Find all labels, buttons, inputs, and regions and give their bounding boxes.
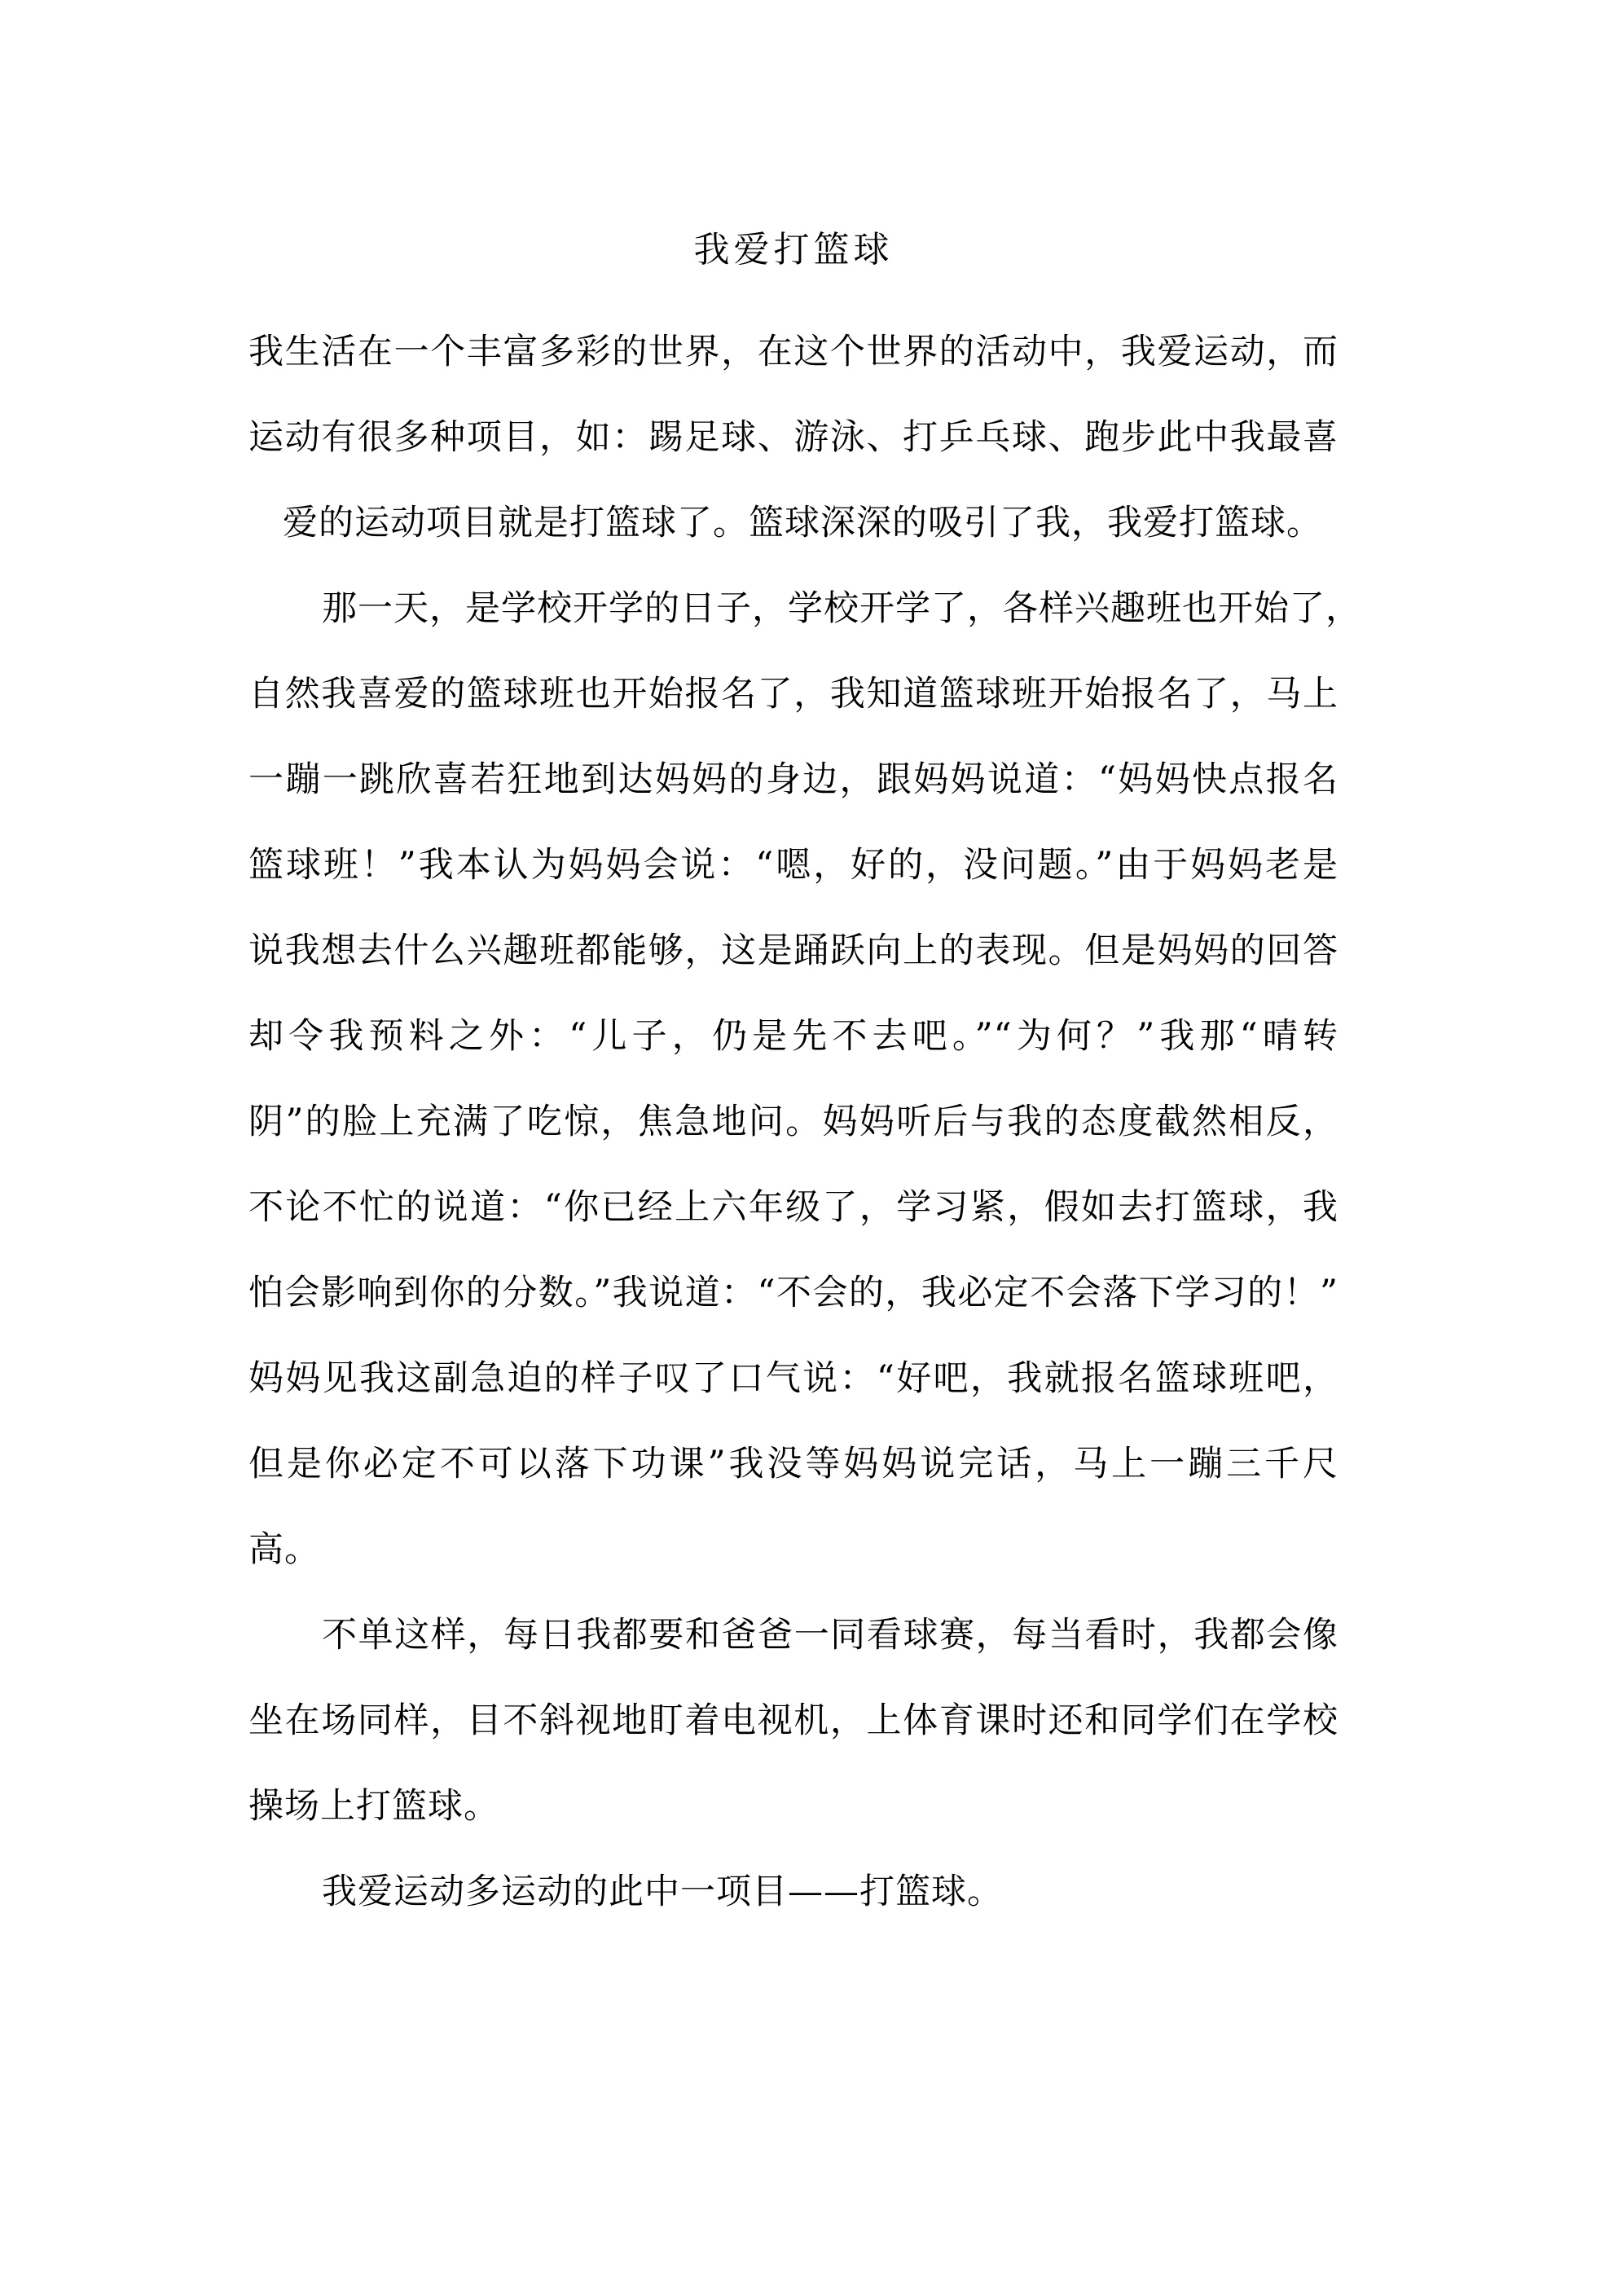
text-line: 高。 bbox=[248, 1507, 1338, 1593]
text-line: 坐在场同样，目不斜视地盯着电视机，上体育课时还和同学们在学校 bbox=[248, 1678, 1338, 1764]
text-line: 却令我预料之外：“儿子，仍是先不去吧。”“为何？”我那“晴转 bbox=[248, 994, 1338, 1080]
text-line: 但是你必定不可以落下功课”我没等妈妈说完话，马上一蹦三千尺 bbox=[248, 1422, 1338, 1507]
paragraph-2: 那一天，是学校开学的日子，学校开学了，各样兴趣班也开始了，自然我喜爱的篮球班也开… bbox=[248, 566, 1338, 1593]
text-line: 那一天，是学校开学的日子，学校开学了，各样兴趣班也开始了， bbox=[248, 566, 1338, 652]
text-line: 说我想去什么兴趣班都能够，这是踊跃向上的表现。但是妈妈的回答 bbox=[248, 908, 1338, 994]
paragraph-3: 不单这样，每日我都要和爸爸一同看球赛，每当看时，我都会像坐在场同样，目不斜视地盯… bbox=[248, 1593, 1338, 1850]
text-line: 我生活在一个丰富多彩的世界，在这个世界的活动中，我爱运动，而 bbox=[248, 310, 1338, 395]
document-title: 我爱打篮球 bbox=[248, 213, 1338, 287]
text-line: 我爱运动多运动的此中一项目——打篮球。 bbox=[248, 1850, 1338, 1935]
text-line: 爱的运动项目就是打篮球了。篮球深深的吸引了我，我爱打篮球。 bbox=[248, 481, 1338, 566]
text-line: 阴”的脸上充满了吃惊，焦急地问。妈妈听后与我的态度截然相反， bbox=[248, 1080, 1338, 1165]
text-line: 运动有很多种项目，如：踢足球、游泳、打乒乓球、跑步此中我最喜 bbox=[248, 395, 1338, 481]
text-line: 操场上打篮球。 bbox=[248, 1764, 1338, 1850]
text-line: 怕会影响到你的分数。”我说道：“不会的，我必定不会落下学习的！” bbox=[248, 1251, 1338, 1336]
text-line: 不论不忙的说道：“你已经上六年级了，学习紧，假如去打篮球，我 bbox=[248, 1165, 1338, 1251]
paragraph-1: 我生活在一个丰富多彩的世界，在这个世界的活动中，我爱运动，而运动有很多种项目，如… bbox=[248, 310, 1338, 566]
text-line: 不单这样，每日我都要和爸爸一同看球赛，每当看时，我都会像 bbox=[248, 1593, 1338, 1678]
text-line: 妈妈见我这副急迫的样子叹了口气说：“好吧，我就报名篮球班吧， bbox=[248, 1336, 1338, 1422]
document-page: 我爱打篮球 我生活在一个丰富多彩的世界，在这个世界的活动中，我爱运动，而运动有很… bbox=[0, 0, 1622, 2296]
text-line: 一蹦一跳欣喜若狂地到达妈妈的身边，跟妈妈说道：“妈妈快点报名 bbox=[248, 737, 1338, 823]
text-line: 篮球班！”我本认为妈妈会说：“嗯，好的，没问题。”由于妈妈老是 bbox=[248, 823, 1338, 908]
paragraph-4: 我爱运动多运动的此中一项目——打篮球。 bbox=[248, 1850, 1338, 1935]
text-line: 自然我喜爱的篮球班也开始报名了，我知道篮球班开始报名了，马上 bbox=[248, 652, 1338, 737]
document-body: 我生活在一个丰富多彩的世界，在这个世界的活动中，我爱运动，而运动有很多种项目，如… bbox=[248, 310, 1338, 1935]
